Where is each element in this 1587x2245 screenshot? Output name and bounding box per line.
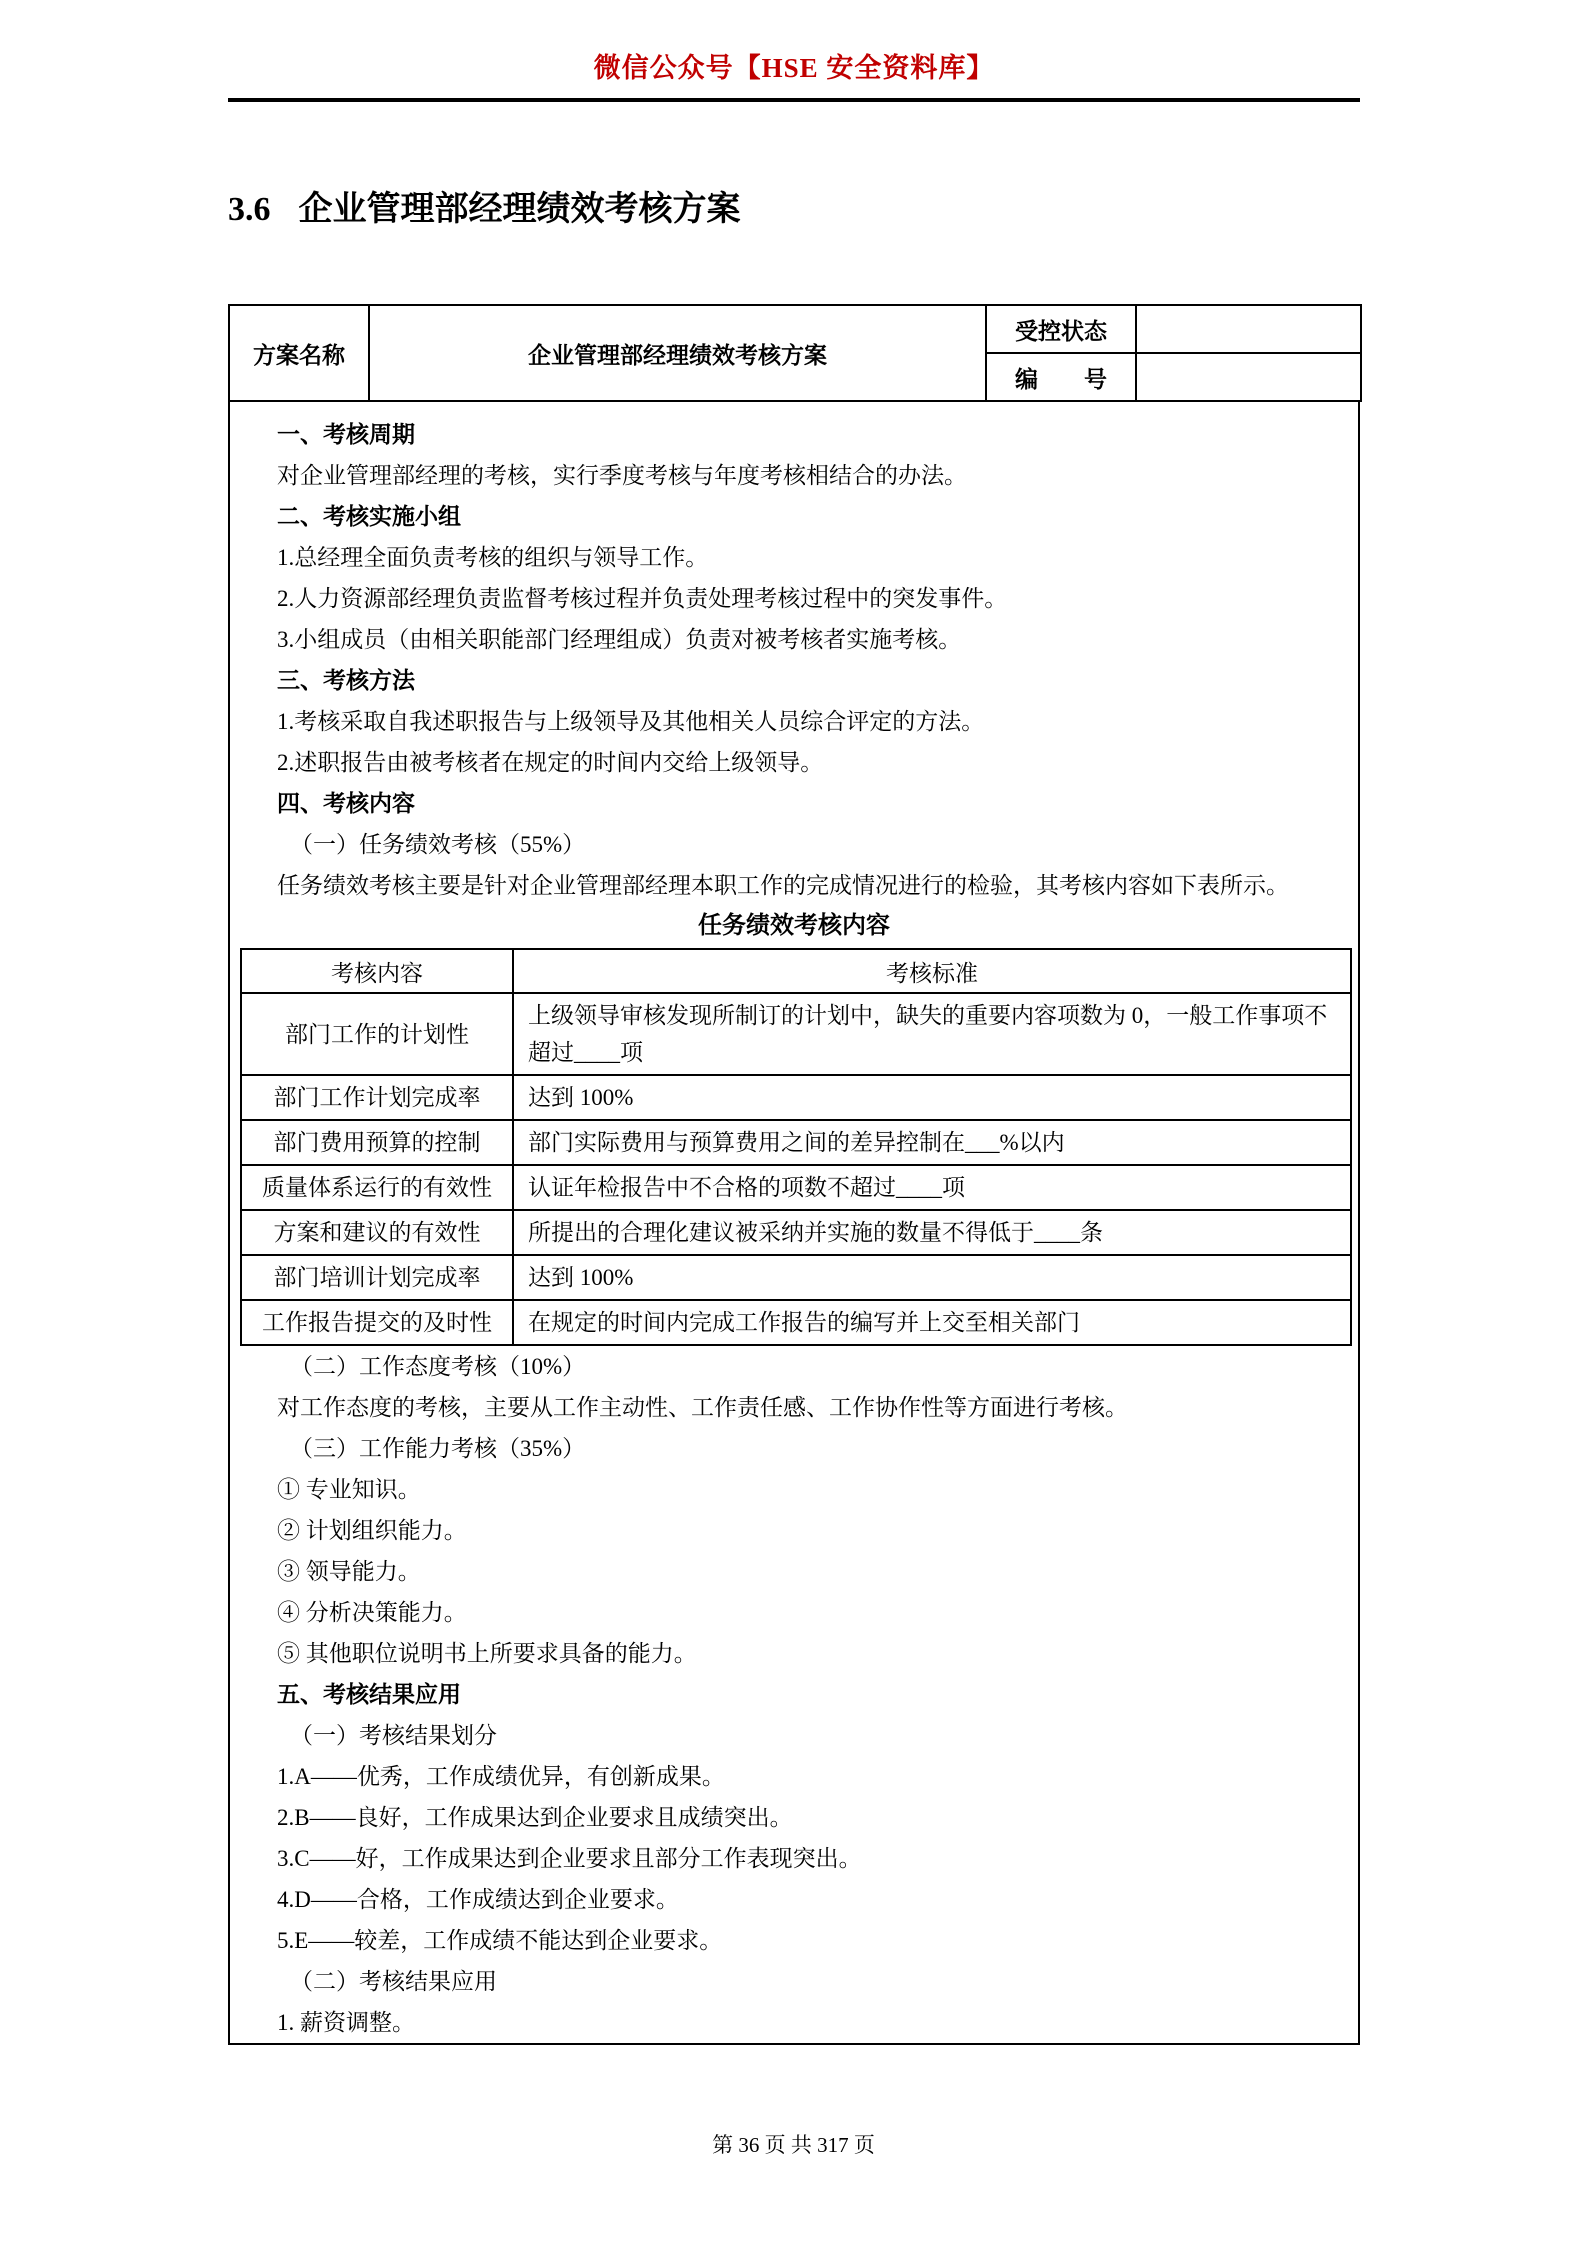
assessment-standard-cell: 上级领导审核发现所制订的计划中，缺失的重要内容项数为 0，一般工作事项不超过__… [513, 993, 1351, 1075]
section-title-text: 企业管理部经理绩效考核方案 [299, 191, 741, 228]
paragraph: ④ 分析决策能力。 [240, 1592, 1348, 1633]
table-row: 质量体系运行的有效性认证年检报告中不合格的项数不超过____项 [241, 1165, 1351, 1210]
paragraph: 3.C——好，工作成果达到企业要求且部分工作表现突出。 [240, 1838, 1348, 1879]
assessment-standard-cell: 在规定的时间内完成工作报告的编写并上交至相关部门 [513, 1300, 1351, 1345]
paragraph: 2.述职报告由被考核者在规定的时间内交给上级领导。 [240, 742, 1348, 783]
plan-name-label: 方案名称 [229, 305, 369, 401]
document-page: 微信公众号【HSE 安全资料库】 3.6企业管理部经理绩效考核方案 方案名称 企… [0, 0, 1587, 2245]
column-header-standard: 考核标准 [513, 949, 1351, 993]
header-divider [228, 98, 1360, 102]
paragraph: ① 专业知识。 [240, 1469, 1348, 1510]
header-brand-text: 微信公众号【HSE 安全资料库】 [228, 46, 1360, 85]
page-footer: 第 36 页 共 317 页 [0, 2095, 1587, 2245]
table-row: 部门工作的计划性上级领导审核发现所制订的计划中，缺失的重要内容项数为 0，一般工… [241, 993, 1351, 1075]
assessment-item-cell: 方案和建议的有效性 [241, 1210, 513, 1255]
number-label: 编 号 [986, 353, 1136, 401]
paragraph: （二）工作态度考核（10%） [240, 1346, 1348, 1387]
assessment-standard-cell: 达到 100% [513, 1075, 1351, 1120]
paragraph: 1.总经理全面负责考核的组织与领导工作。 [240, 537, 1348, 578]
paragraph: ② 计划组织能力。 [240, 1510, 1348, 1551]
table-row: 工作报告提交的及时性在规定的时间内完成工作报告的编写并上交至相关部门 [241, 1300, 1351, 1345]
paragraph: 对企业管理部经理的考核，实行季度考核与年度考核相结合的办法。 [240, 455, 1348, 496]
assessment-standard-cell: 所提出的合理化建议被采纳并实施的数量不得低于____条 [513, 1210, 1351, 1255]
paragraph: 4.D——合格，工作成绩达到企业要求。 [240, 1879, 1348, 1920]
paragraph: 5.E——较差，工作成绩不能达到企业要求。 [240, 1920, 1348, 1961]
task-assessment-table: 考核内容 考核标准 部门工作的计划性上级领导审核发现所制订的计划中，缺失的重要内… [240, 948, 1352, 1346]
assessment-item-cell: 质量体系运行的有效性 [241, 1165, 513, 1210]
body-paragraphs-after-table: （二）工作态度考核（10%）对工作态度的考核，主要从工作主动性、工作责任感、工作… [240, 1346, 1348, 2043]
number-value [1136, 353, 1361, 401]
assessment-item-cell: 部门工作计划完成率 [241, 1075, 513, 1120]
paragraph: ⑤ 其他职位说明书上所要求具备的能力。 [240, 1633, 1348, 1674]
plan-name-value: 企业管理部经理绩效考核方案 [369, 305, 986, 401]
paragraph: （二）考核结果应用 [240, 1961, 1348, 2002]
table-row: 部门工作计划完成率达到 100% [241, 1075, 1351, 1120]
table-row: 方案和建议的有效性所提出的合理化建议被采纳并实施的数量不得低于____条 [241, 1210, 1351, 1255]
page-title: 3.6企业管理部经理绩效考核方案 [228, 190, 1360, 230]
paragraph: 2.B——良好，工作成果达到企业要求且成绩突出。 [240, 1797, 1348, 1838]
document-body: 一、考核周期对企业管理部经理的考核，实行季度考核与年度考核相结合的办法。二、考核… [228, 402, 1360, 2045]
assessment-standard-cell: 达到 100% [513, 1255, 1351, 1300]
section-heading: 二、考核实施小组 [240, 496, 1348, 537]
body-paragraphs-before-table: 一、考核周期对企业管理部经理的考核，实行季度考核与年度考核相结合的办法。二、考核… [240, 414, 1348, 906]
section-heading: 五、考核结果应用 [240, 1674, 1348, 1715]
controlled-status-value [1136, 305, 1361, 353]
paragraph: 1.考核采取自我述职报告与上级领导及其他相关人员综合评定的方法。 [240, 701, 1348, 742]
paragraph: 1.A——优秀，工作成绩优异，有创新成果。 [240, 1756, 1348, 1797]
task-table-header-row: 考核内容 考核标准 [241, 949, 1351, 993]
controlled-status-label: 受控状态 [986, 305, 1136, 353]
paragraph: 2.人力资源部经理负责监督考核过程并负责处理考核过程中的突发事件。 [240, 578, 1348, 619]
assessment-item-cell: 部门培训计划完成率 [241, 1255, 513, 1300]
task-table-caption: 任务绩效考核内容 [240, 906, 1348, 946]
paragraph: ③ 领导能力。 [240, 1551, 1348, 1592]
paragraph: 1. 薪资调整。 [240, 2002, 1348, 2043]
assessment-standard-cell: 认证年检报告中不合格的项数不超过____项 [513, 1165, 1351, 1210]
paragraph: 对工作态度的考核，主要从工作主动性、工作责任感、工作协作性等方面进行考核。 [240, 1387, 1348, 1428]
table-row: 部门培训计划完成率达到 100% [241, 1255, 1351, 1300]
paragraph: 任务绩效考核主要是针对企业管理部经理本职工作的完成情况进行的检验，其考核内容如下… [240, 865, 1348, 906]
paragraph: （三）工作能力考核（35%） [240, 1428, 1348, 1469]
column-header-item: 考核内容 [241, 949, 513, 993]
assessment-item-cell: 工作报告提交的及时性 [241, 1300, 513, 1345]
section-heading: 四、考核内容 [240, 783, 1348, 824]
paragraph: （一）考核结果划分 [240, 1715, 1348, 1756]
section-number: 3.6 [228, 191, 271, 228]
page-number-text: 第 36 页 共 317 页 [712, 2133, 875, 2157]
paragraph: （一）任务绩效考核（55%） [240, 824, 1348, 865]
info-row-1: 方案名称 企业管理部经理绩效考核方案 受控状态 [229, 305, 1361, 353]
assessment-item-cell: 部门工作的计划性 [241, 993, 513, 1075]
section-heading: 一、考核周期 [240, 414, 1348, 455]
assessment-standard-cell: 部门实际费用与预算费用之间的差异控制在___%以内 [513, 1120, 1351, 1165]
page-header: 微信公众号【HSE 安全资料库】 [228, 0, 1360, 85]
plan-info-table: 方案名称 企业管理部经理绩效考核方案 受控状态 编 号 [228, 304, 1362, 402]
assessment-item-cell: 部门费用预算的控制 [241, 1120, 513, 1165]
paragraph: 3.小组成员（由相关职能部门经理组成）负责对被考核者实施考核。 [240, 619, 1348, 660]
section-heading: 三、考核方法 [240, 660, 1348, 701]
table-row: 部门费用预算的控制部门实际费用与预算费用之间的差异控制在___%以内 [241, 1120, 1351, 1165]
